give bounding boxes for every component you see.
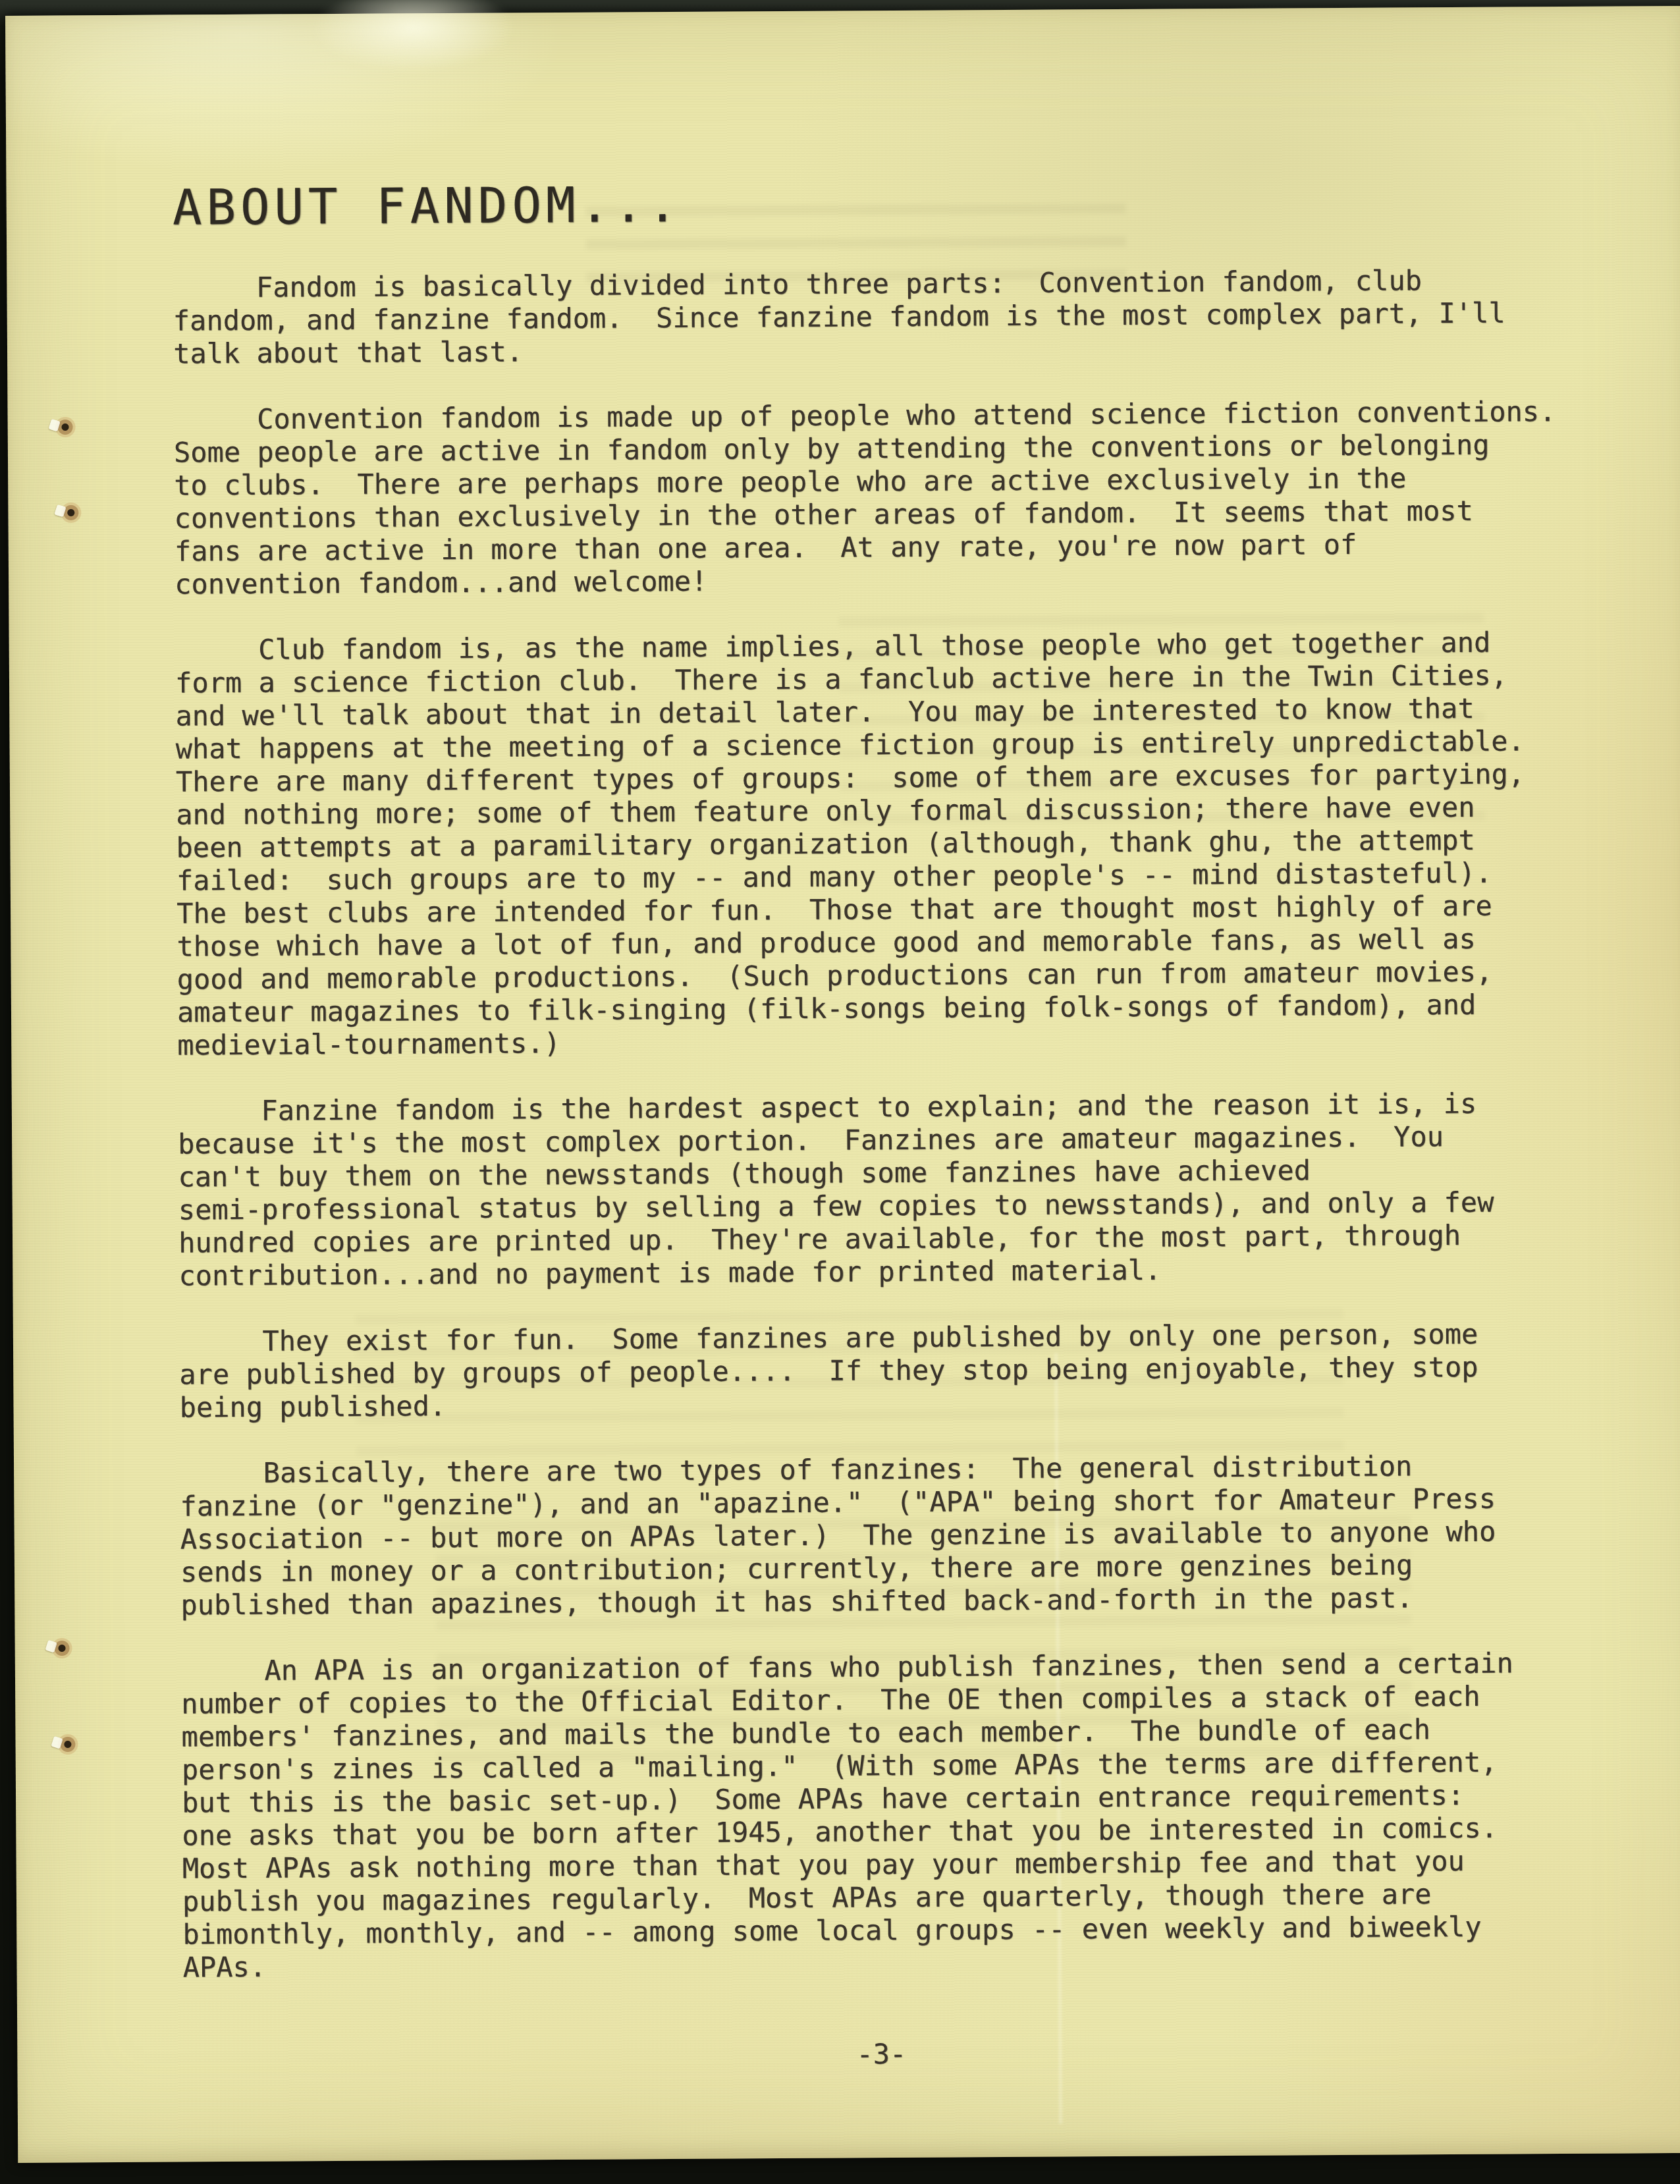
staple-hole <box>55 416 78 438</box>
paragraph-fanzine-fandom: Fanzine fandom is the hardest aspect to … <box>178 1087 1575 1293</box>
paragraph-club-fandom: Club fandom is, as the name implies, all… <box>175 626 1574 1062</box>
paragraph-fanzine-types: Basically, there are two types of fanzin… <box>180 1449 1577 1622</box>
page-paper: ABOUT FANDOM... Fandom is basically divi… <box>5 6 1680 2163</box>
page-number: -3- <box>183 2034 1579 2075</box>
staple-hole <box>57 1733 80 1755</box>
staple-hole <box>52 1637 74 1659</box>
page-title: ABOUT FANDOM... <box>172 173 1568 235</box>
paper-fold-mark <box>305 0 523 76</box>
paragraph-convention-fandom: Convention fandom is made up of people w… <box>173 395 1571 601</box>
scan-background: { "colors": { "paper": "#eae6ab", "ink":… <box>0 0 1680 2184</box>
paragraph-apa: An APA is an organization of fans who pu… <box>181 1647 1579 1984</box>
paragraph-intro: Fandom is basically divided into three p… <box>173 263 1569 371</box>
staple-hole <box>61 501 83 524</box>
paragraph-exist-for-fun: They exist for fun. Some fanzines are pu… <box>179 1317 1576 1425</box>
typewritten-content: ABOUT FANDOM... Fandom is basically divi… <box>172 173 1579 2075</box>
